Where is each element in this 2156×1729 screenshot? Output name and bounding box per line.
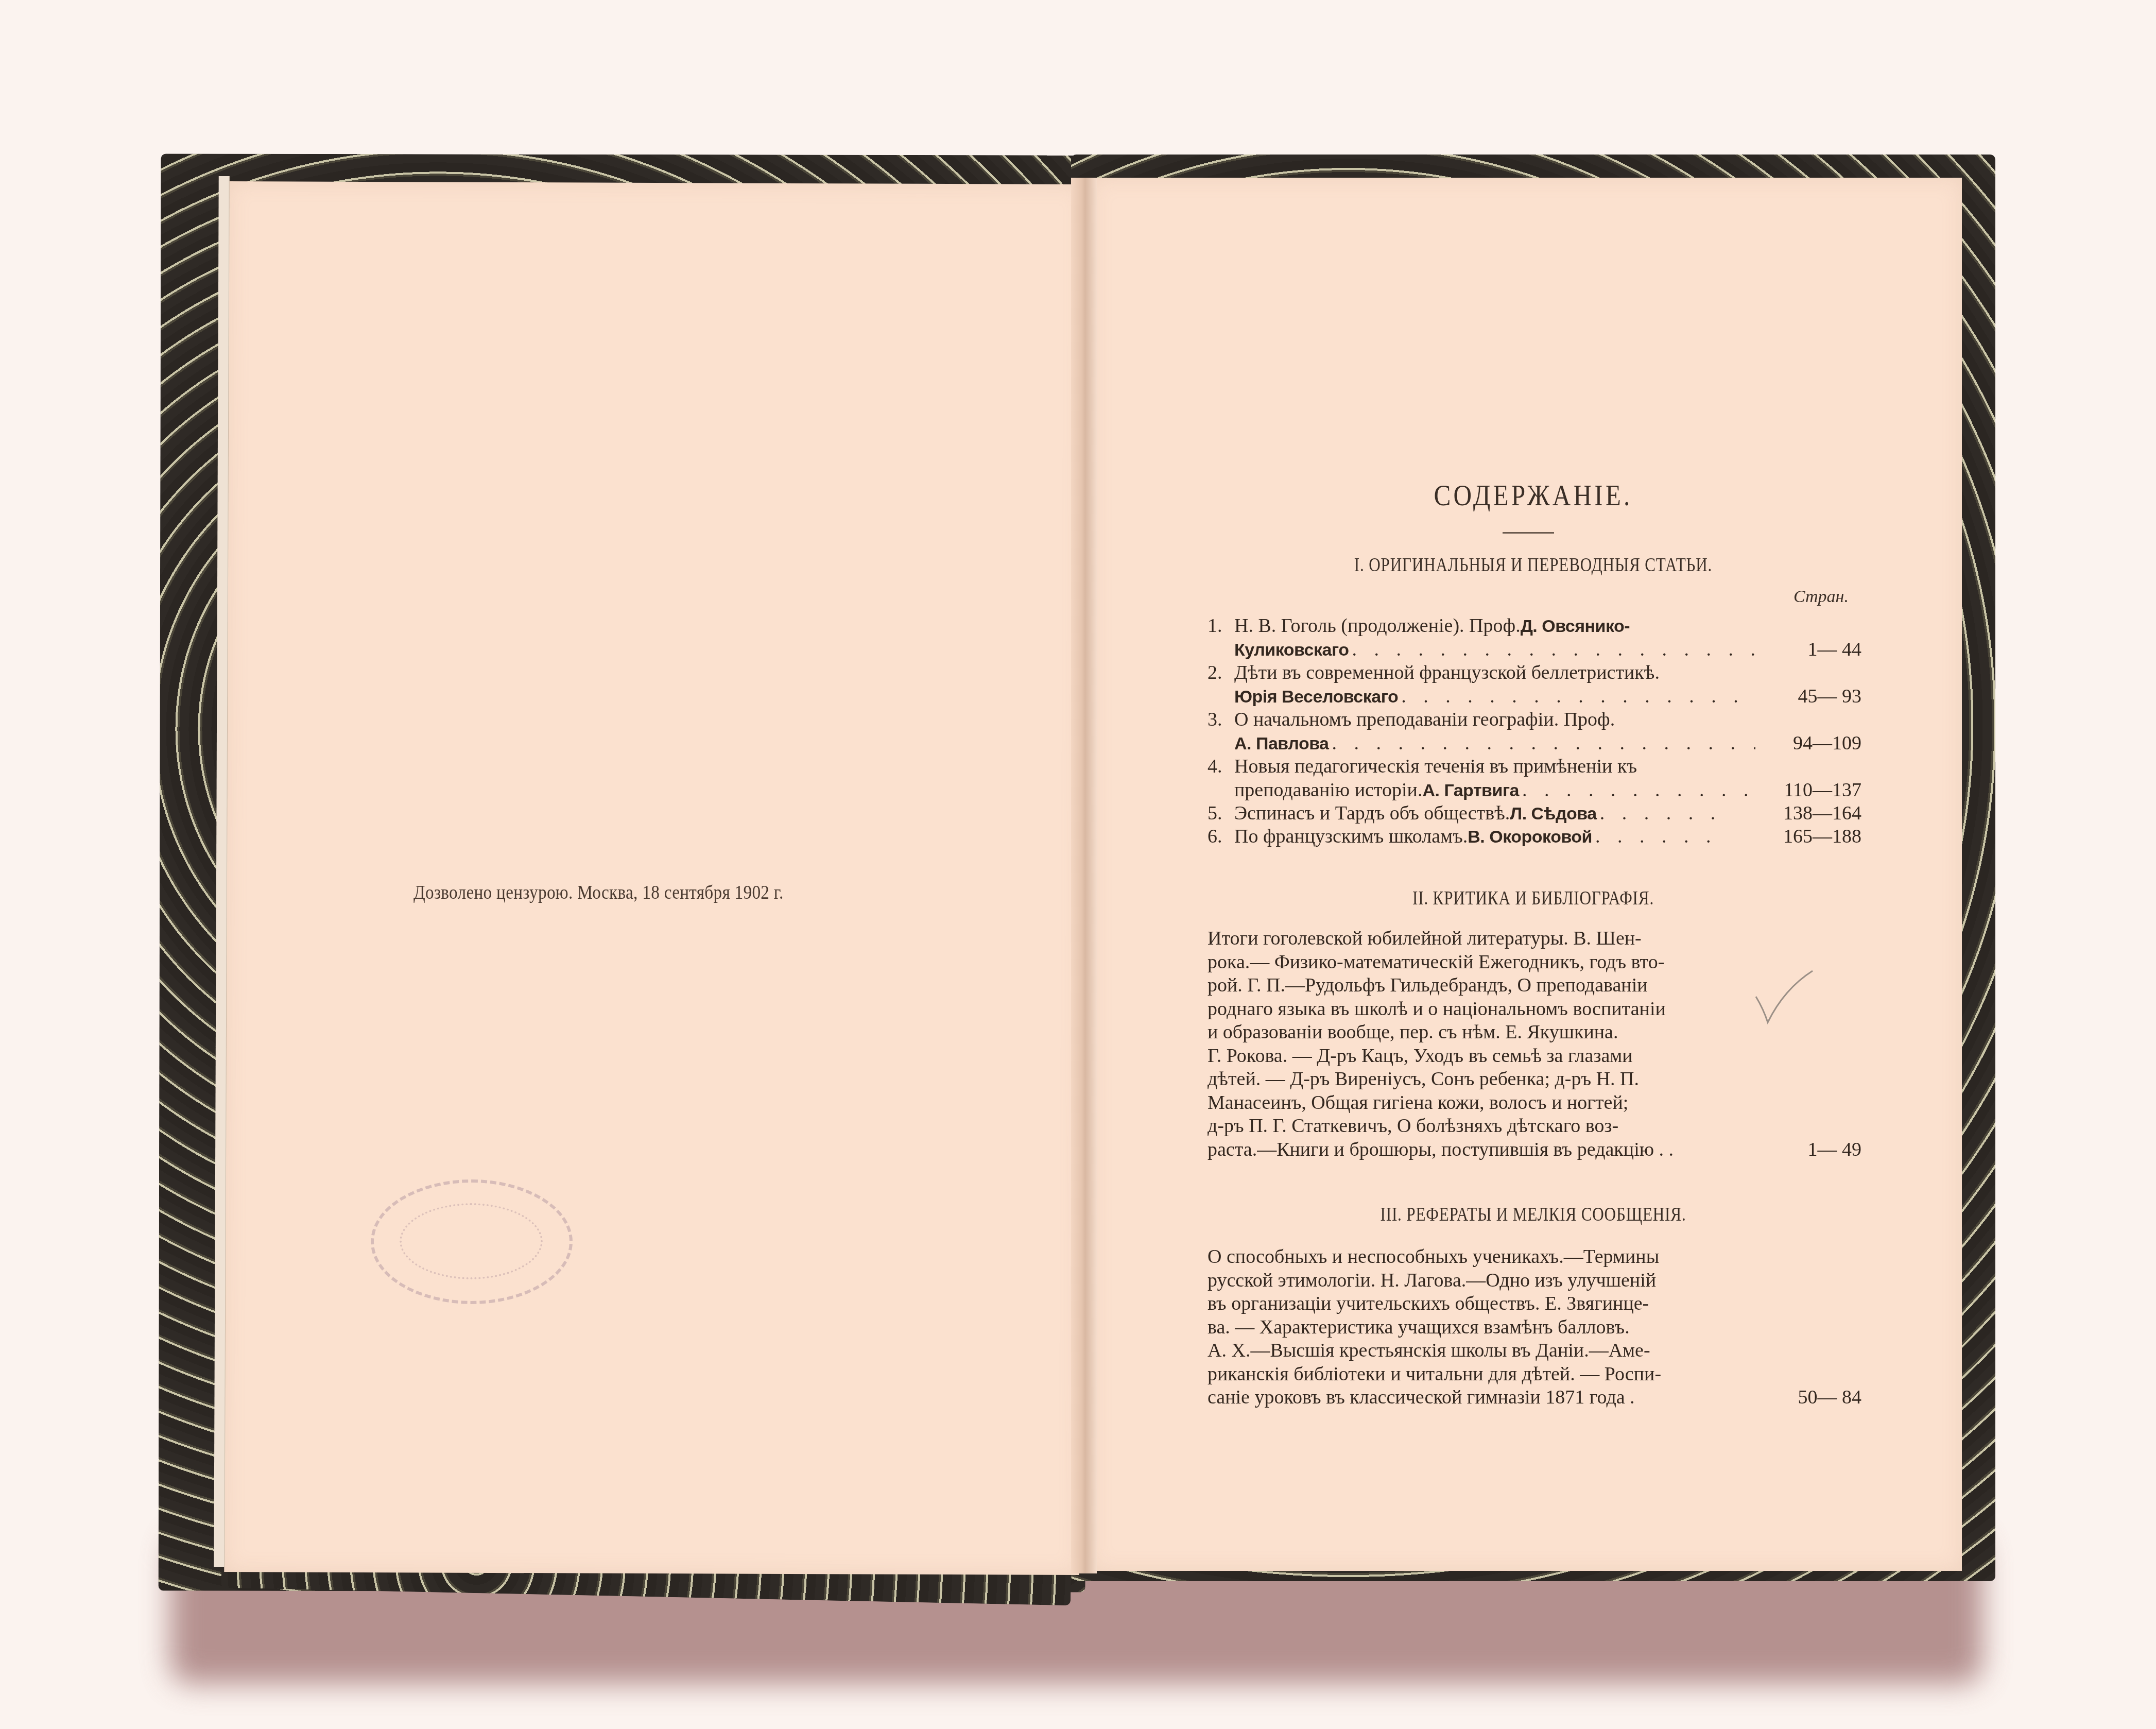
entry-pages: 110—137 [1758,779,1861,802]
section-2-text: Итоги гоголевской юбилейной литературы. … [1208,927,1861,1161]
text-line: дѣтей. — Д-ръ Виреніусъ, Сонъ ребенка; д… [1208,1068,1861,1091]
page-title: СОДЕРЖАНІЕ. [1256,478,1810,512]
leader-dots: . . . . . . [1600,802,1755,826]
entry-number: 5. [1208,802,1234,826]
text-line: д-ръ П. Г. Статкевичъ, О болѣзняхъ дѣтск… [1208,1115,1861,1138]
entry-pages: 165—188 [1758,825,1861,849]
entry-number: 6. [1208,825,1234,849]
leader-dots: . . . . . . . . . . . . . . . . . . . . … [1352,638,1755,662]
entry-title-cont: преподаванію исторіи. [1234,779,1422,802]
text-line: Г. Рокова. — Д-ръ Кацъ, Уходъ въ семьѣ з… [1208,1045,1861,1068]
toc-entry: 2. Дѣти въ современной французской белле… [1208,661,1861,708]
text-line: въ организаціи учительскихъ обществъ. Е.… [1208,1292,1861,1316]
toc-entry: 6. По французскимъ школамъ. В. Окороково… [1208,825,1861,849]
toc-entry: 4. Новыя педагогическія теченія въ примѣ… [1208,755,1861,802]
entry-author: А. Павлова [1234,732,1329,756]
entry-title: Н. В. Гоголь (продолженіе). Проф. [1234,614,1521,638]
text-line: русской этимологіи. Н. Лагова.—Одно изъ … [1208,1269,1861,1293]
toc-entry: 3. О начальномъ преподаваніи географіи. … [1208,708,1861,755]
leader-dots: . . . . . . [1595,825,1755,849]
section-heading-3: III. РЕФЕРАТЫ И МЕЛКІЯ СООБЩЕНІЯ. [1266,1203,1800,1226]
text-line: О способныхъ и неспособныхъ ученикахъ.—Т… [1208,1245,1861,1269]
section-3-text: О способныхъ и неспособныхъ ученикахъ.—Т… [1208,1245,1861,1410]
leader-dots: . . . . . . . . . . . . . . . [1522,779,1755,802]
left-page [224,181,1083,1575]
entry-title: По французскимъ школамъ. [1234,825,1468,849]
title-divider [1503,532,1554,534]
book-gutter [1071,178,1097,1573]
entry-number: 2. [1208,661,1234,685]
text-line: раста.—Книги и брошюры, поступившія въ р… [1208,1138,1758,1162]
toc-entry: 1. Н. В. Гоголь (продолженіе). Проф. Д. … [1208,614,1861,661]
entry-number: 3. [1208,708,1234,732]
entry-pages: 1— 49 [1758,1138,1861,1162]
entry-pages: 45— 93 [1758,685,1861,709]
entry-author: Юрія Веселовскаго [1234,686,1398,709]
leader-dots: . . . . . . . . . . . . . . . . . . . . … [1332,732,1755,756]
entry-pages: 94—109 [1758,732,1861,756]
entry-author: Д. Овсянико- [1521,615,1630,639]
entry-title: Эспинасъ и Тардъ объ обществѣ. [1234,802,1510,826]
section-heading-2: II. КРИТИКА И БИБЛІОГРАФІЯ. [1266,887,1800,910]
section-heading-1: I. ОРИГИНАЛЬНЫЯ И ПЕРЕВОДНЫЯ СТАТЬИ. [1266,554,1800,576]
entry-author: А. Гартвига [1422,779,1519,803]
text-line: саніе уроковъ въ классической гимназіи 1… [1208,1386,1758,1410]
entry-pages: 50— 84 [1758,1386,1861,1410]
censorship-note: Дозволено цензурою. Москва, 18 сентября … [413,882,784,904]
pencil-checkmark-icon [1753,968,1815,1025]
text-line: риканскія библіотеки и читальни для дѣте… [1208,1363,1861,1386]
text-line: Итоги гоголевской юбилейной литературы. … [1208,927,1861,951]
entry-author: В. Окороковой [1468,826,1592,849]
pages-column-label: Стран. [1771,587,1849,607]
entry-title: Новыя педагогическія теченія въ примѣнен… [1234,755,1637,779]
toc-entry: 5. Эспинасъ и Тардъ объ обществѣ. Л. Сѣд… [1208,802,1861,826]
text-line: ва. — Характеристика учащихся взамѣнъ ба… [1208,1316,1861,1340]
entry-title: О начальномъ преподаваніи географіи. Про… [1234,708,1615,732]
entry-title: Дѣти въ современной французской беллетри… [1234,661,1660,685]
leader-dots: . . . . . . . . . . . . . . . . . . . . … [1401,685,1755,709]
entry-author: Куликовскаго [1234,639,1349,662]
text-line: Манасеинъ, Общая гигіена кожи, волосъ и … [1208,1091,1861,1115]
text-line: А. Х.—Высшія крестьянскія школы въ Даніи… [1208,1339,1861,1363]
entry-number: 4. [1208,755,1234,779]
entry-pages: 138—164 [1758,802,1861,826]
library-stamp-icon [371,1179,573,1304]
entry-author: Л. Сѣдова [1510,802,1596,826]
entry-number: 1. [1208,614,1234,638]
entry-pages: 1— 44 [1758,638,1861,662]
